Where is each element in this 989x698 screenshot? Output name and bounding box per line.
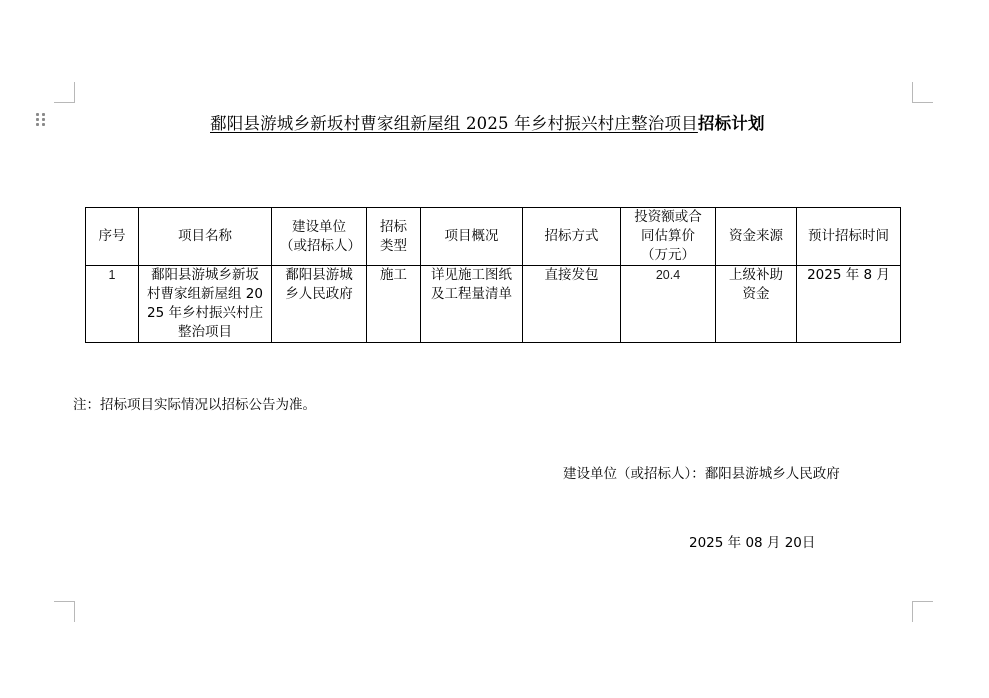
signature-unit: 建设单位（或招标人）：鄱阳县游城乡人民政府 (563, 462, 840, 482)
header-project-name: 项目名称 (139, 208, 272, 266)
cell-overview: 详见施工图纸及工程量清单 (421, 266, 523, 343)
table-header-row: 序号 项目名称 建设单位（或招标人） 招标类型 项目概况 招标方式 投资额或合同… (86, 208, 901, 266)
cell-project-name: 鄱阳县游城乡新坂村曹家组新屋组 2025 年乡村振兴村庄整治项目 (139, 266, 272, 343)
header-bid-time: 预计招标时间 (797, 208, 901, 266)
cell-builder: 鄱阳县游城乡人民政府 (272, 266, 367, 343)
page-corner-mark-top-left (54, 82, 75, 103)
cell-bid-type: 施工 (367, 266, 421, 343)
title-bold: 招标计划 (698, 114, 765, 133)
header-amount: 投资额或合同估算价（万元） (621, 208, 716, 266)
cell-index: 1 (86, 266, 139, 343)
cell-bid-method: 直接发包 (523, 266, 621, 343)
header-index: 序号 (86, 208, 139, 266)
title-main: 鄱阳县游城乡新坂村曹家组新屋组 2025 年乡村振兴村庄整治项目 (210, 114, 698, 133)
header-fund-source: 资金来源 (716, 208, 797, 266)
cell-amount: 20.4 (621, 266, 716, 343)
page-corner-mark-top-right (912, 82, 933, 103)
cell-fund-source: 上级补助资金 (716, 266, 797, 343)
note-text: 注：招标项目实际情况以招标公告为准。 (73, 393, 316, 413)
header-builder: 建设单位（或招标人） (272, 208, 367, 266)
page-corner-mark-bottom-right (912, 601, 933, 622)
bid-plan-table: 序号 项目名称 建设单位（或招标人） 招标类型 项目概况 招标方式 投资额或合同… (85, 207, 901, 343)
drag-handle-icon[interactable] (36, 113, 46, 127)
table-row: 1 鄱阳县游城乡新坂村曹家组新屋组 2025 年乡村振兴村庄整治项目 鄱阳县游城… (86, 266, 901, 343)
cell-bid-time: 2025 年 8 月 (797, 266, 901, 343)
document-title: 鄱阳县游城乡新坂村曹家组新屋组 2025 年乡村振兴村庄整治项目招标计划 (210, 110, 765, 134)
header-overview: 项目概况 (421, 208, 523, 266)
signature-date: 2025 年 08 月 20日 (689, 531, 815, 551)
page-corner-mark-bottom-left (54, 601, 75, 622)
header-bid-method: 招标方式 (523, 208, 621, 266)
header-bid-type: 招标类型 (367, 208, 421, 266)
